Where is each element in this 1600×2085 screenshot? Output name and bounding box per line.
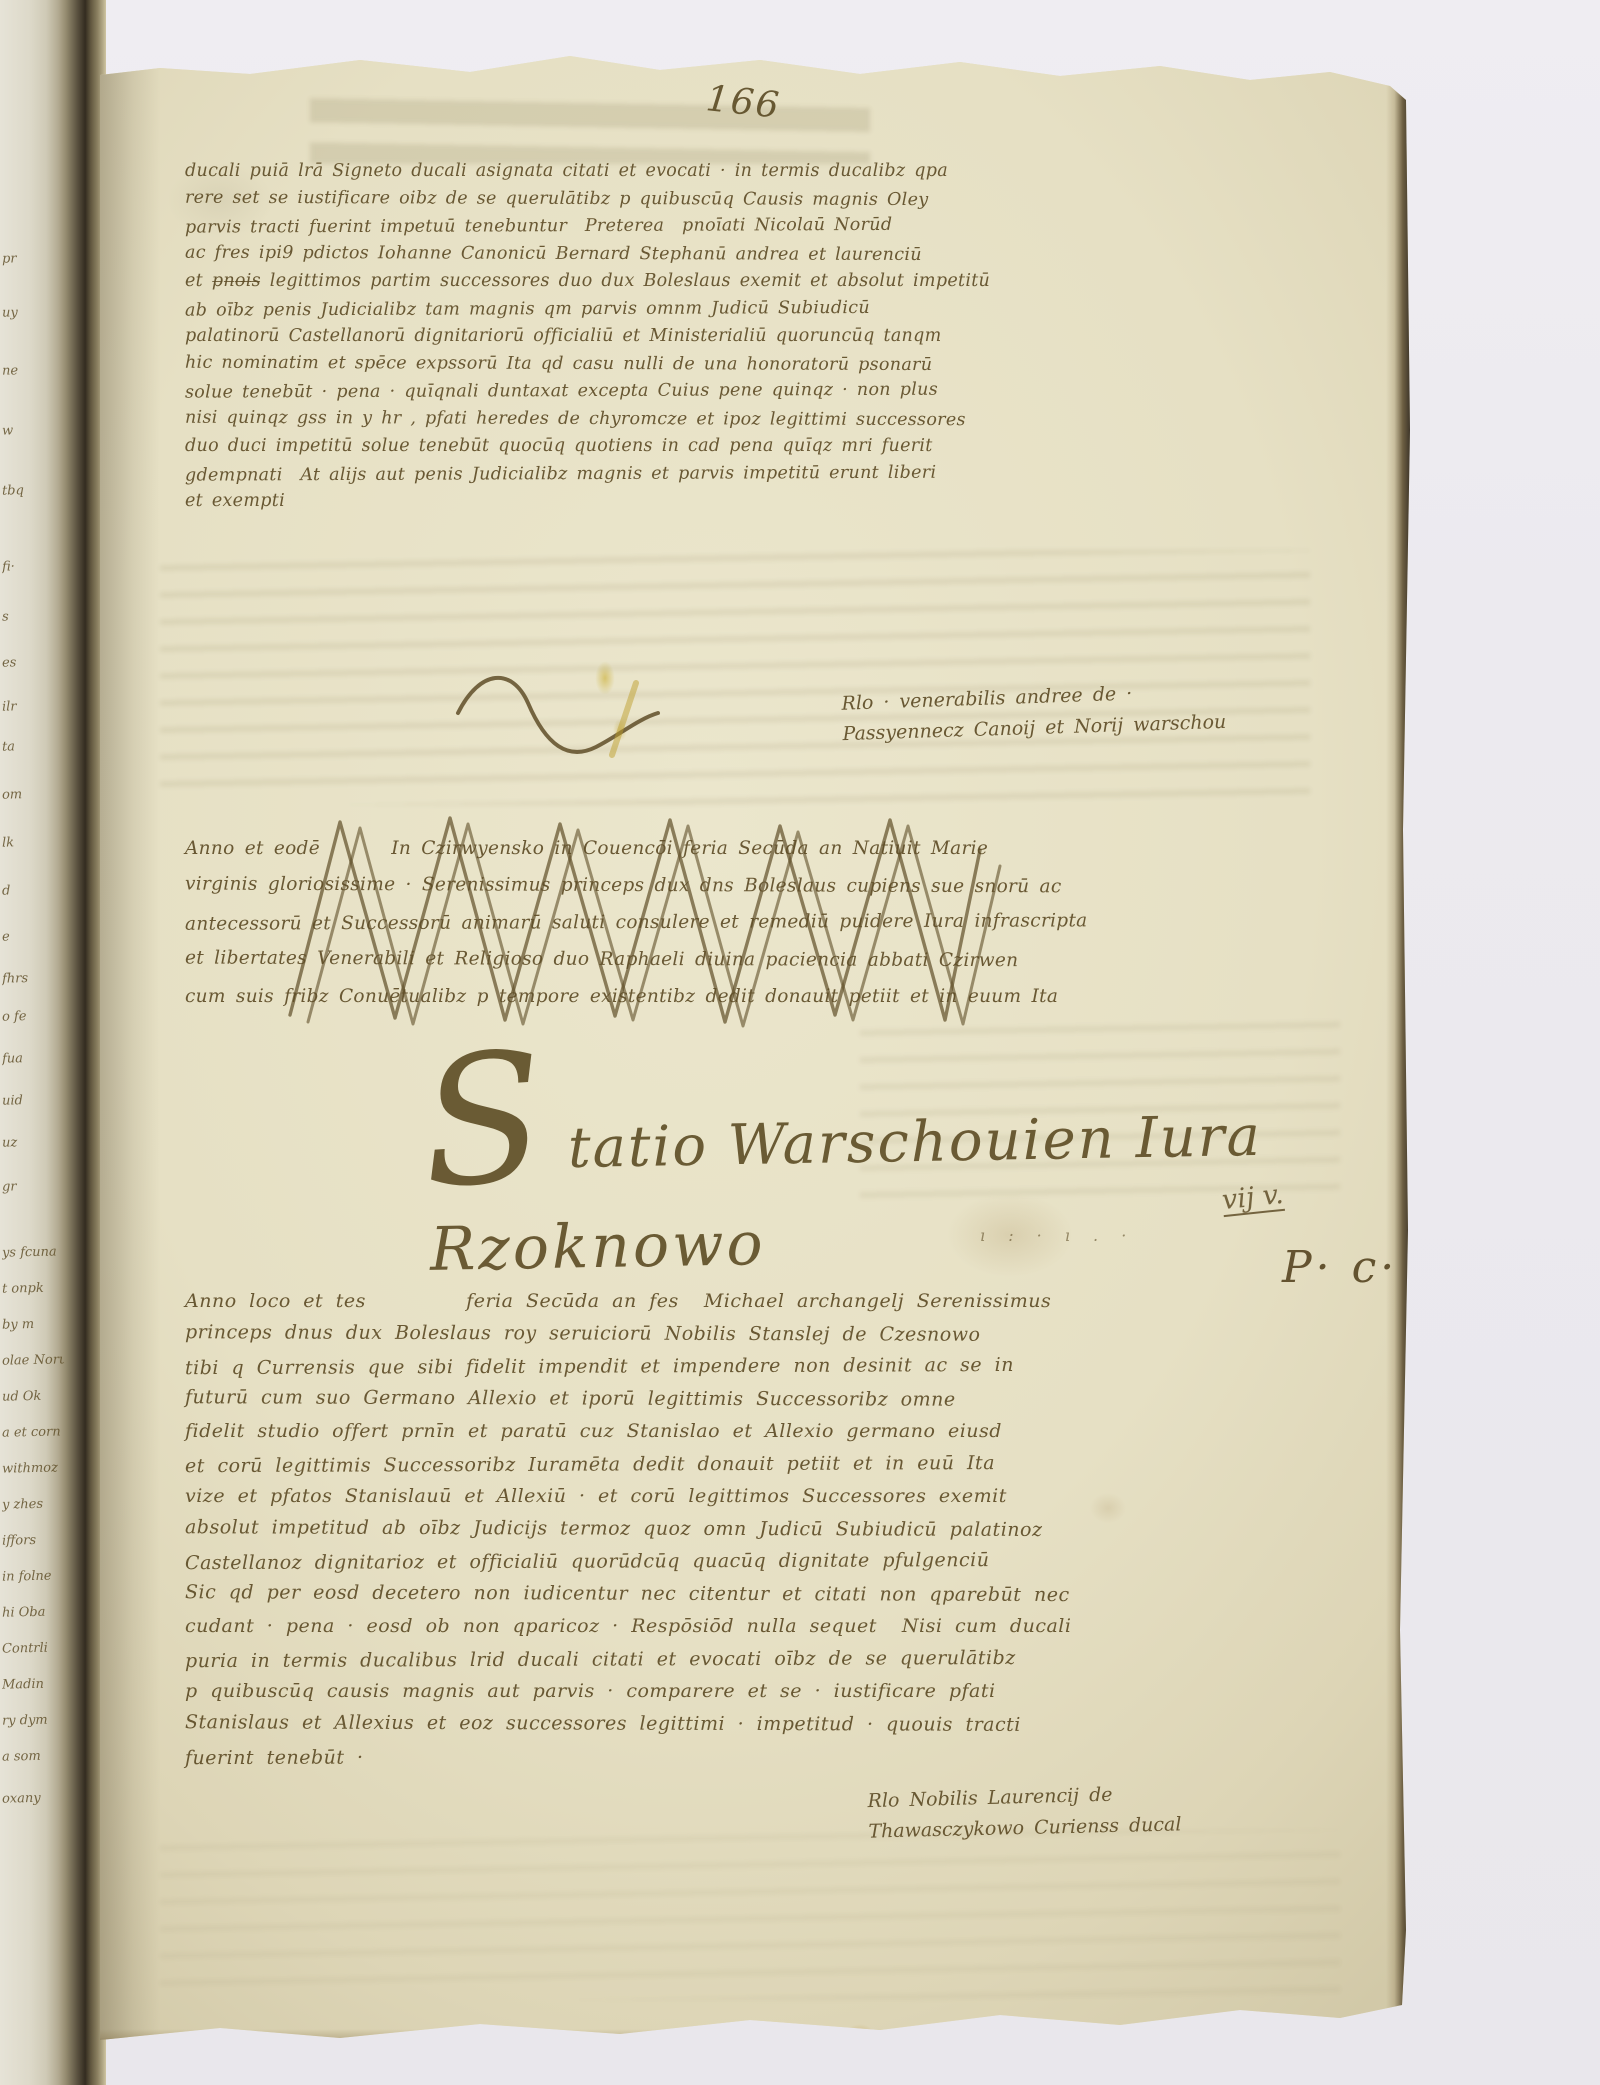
facing-page-text-fragment: ta <box>2 739 64 754</box>
manuscript-text-line: hic nominatim et spēce expssorū Ita qd c… <box>185 349 1015 379</box>
facing-page-text-fragment: ilr <box>2 699 64 714</box>
facing-page-text-fragment: es <box>2 655 64 670</box>
entry-second-text: Anno loco et tes feria Secūda an fes Mic… <box>185 1285 1305 1773</box>
facing-page-text-fragment: Madin <box>2 1677 64 1692</box>
manuscript-text-line: et p̶n̶o̶i̶s̶ legittimos partim successo… <box>185 268 1015 296</box>
manuscript-text-line: puria in termis ducalibus lrid ducali ci… <box>185 1640 1305 1677</box>
page-bottom-edge <box>100 2029 1410 2045</box>
facing-page-text-fragment: iffors <box>2 1533 64 1548</box>
facing-page-edge: pruynewtbqfi·sesilrtaomlkdefhrso fefuaui… <box>0 0 66 2085</box>
manuscript-text-line: Stanislaus et Allexius et eoz successore… <box>185 1706 1305 1742</box>
manuscript-text-line: cudant · pena · eosd ob non qparicoz · R… <box>185 1610 1305 1643</box>
facing-page-text-fragment: ry dym <box>2 1713 64 1728</box>
facing-page-text-fragment: pr <box>2 251 64 266</box>
manuscript-text-line: palatinorū Castellanorū dignitariorū off… <box>185 323 1015 351</box>
ink-dots: ı : · ı . · <box>980 1226 1135 1245</box>
manuscript-text-line: tibi q Currensis que sibi fidelit impend… <box>185 1348 1305 1385</box>
facing-page-text-fragment: om <box>2 787 64 802</box>
facing-page-text-fragment: e <box>2 929 64 944</box>
manuscript-text-line: nisi quinqz gss in y hr , pfati heredes … <box>185 404 1015 434</box>
facing-page-text-fragment: fhrs <box>2 971 64 986</box>
facing-page-text-fragment: fua <box>2 1051 64 1066</box>
folio-number: 166 <box>704 78 783 127</box>
entry-first-relatio: Rlo · venerabilis andree de ·Passyennecz… <box>841 675 1227 750</box>
facing-page-text-fragment: lk <box>2 835 64 850</box>
manuscript-text-line: Anno loco et tes feria Secūda an fes Mic… <box>185 1285 1305 1318</box>
manuscript-text-line: p quibuscūq causis magnis aut parvis · c… <box>185 1675 1305 1708</box>
manuscript-text-line: fuerint tenebūt · <box>185 1738 1305 1775</box>
entry-second-relatio: Rlo Nobilis Laurencij deThawasczykowo Cu… <box>867 1778 1182 1848</box>
facing-page-text-fragment: uid <box>2 1093 64 1108</box>
heading-subtitle: Rzoknowo <box>429 1209 766 1285</box>
facing-page-text-fragment: withmoz <box>2 1461 64 1476</box>
facing-page-text-fragment: s <box>2 609 64 624</box>
gutter-shadow <box>100 30 160 2085</box>
manuscript-page: 166 ducali puiā lrā Signeto ducali asign… <box>100 30 1410 2085</box>
manuscript-text-line: ab oībz penis Judicialibz tam magnis qm … <box>185 294 1015 325</box>
manuscript-text-line: ac fres ipi9 pdictos Iohanne Canonicū Be… <box>185 239 1015 269</box>
facing-page-text-fragment: o fe <box>2 1009 64 1024</box>
facing-page-text-fragment: d <box>2 883 64 898</box>
cancellation-strokes <box>280 810 1020 1040</box>
manuscript-text-line: Castellanoz dignitarioz et officialiū qu… <box>185 1543 1305 1580</box>
manuscript-text-line: absolut impetitud ab oībz Judicijs termo… <box>185 1511 1305 1547</box>
facing-page-text-fragment: Contrli <box>2 1641 64 1656</box>
heading-initial-letter: S <box>416 1028 550 1214</box>
showthrough-heading-ghost <box>310 98 870 164</box>
manuscript-text-line: futurū cum suo Germano Allexio et iporū … <box>185 1381 1305 1417</box>
facing-page-text-fragment: in folne <box>2 1569 64 1584</box>
facing-page-text-fragment: gr <box>2 1179 64 1194</box>
facing-page-text-fragment: y zhes <box>2 1497 64 1512</box>
manuscript-text-line: et corū legittimis Successoribz Iuramēta… <box>185 1445 1305 1482</box>
facing-page-text-fragment: a et corn <box>2 1425 64 1440</box>
manuscript-text-line: et exempti <box>185 488 1015 516</box>
manuscript-text-line: duo duci impetitū solue tenebūt quocūq q… <box>185 433 1015 461</box>
facing-page-text-fragment: w <box>2 423 64 438</box>
facing-page-text-fragment: uz <box>2 1135 64 1150</box>
heading-title: tatio Warschouien Iura <box>567 1104 1262 1181</box>
manuscript-text-line: princeps dnus dux Boleslaus roy seruicio… <box>185 1316 1305 1352</box>
facing-page-text-fragment: olae Noru <box>2 1353 64 1368</box>
facing-page-text-fragment: by m <box>2 1317 64 1332</box>
quire-mark: vij v. <box>1221 1179 1285 1216</box>
manuscript-text-line: ducali puiā lrā Signeto ducali asignata … <box>185 158 1015 186</box>
manuscript-text-line: gdempnati At alijs aut penis Judicialibz… <box>185 459 1015 490</box>
manuscript-text-line: rere set se iustificare oibz de se queru… <box>185 184 1015 214</box>
facing-page-text-fragment: uy <box>2 305 64 320</box>
manuscript-text-line: solue tenebūt · pena · quīqnali duntaxat… <box>185 376 1015 407</box>
pen-flourish <box>450 655 670 775</box>
manuscript-text-line: vize et pfatos Stanislauū et Allexiū · e… <box>185 1480 1305 1513</box>
manuscript-text-line: fidelit studio offert prnīn et paratū cu… <box>185 1415 1305 1448</box>
manuscript-text-line: Thawasczykowo Curienss ducal <box>868 1809 1182 1847</box>
page-right-edge <box>1386 70 1410 2030</box>
facing-page-text-fragment: ne <box>2 363 64 378</box>
manuscript-text-line: Sic qd per eosd decetero non iudicentur … <box>185 1576 1305 1612</box>
facing-page-text-fragment: ys fcuna <box>2 1245 64 1260</box>
manuscript-text-line: parvis tracti fuerint impetuū tenebuntur… <box>185 211 1015 242</box>
facing-page-text-fragment: a som <box>2 1749 64 1764</box>
showthrough-lines-ghost <box>160 1830 1340 2000</box>
entry-first-text: ducali puiā lrā Signeto ducali asignata … <box>185 158 1015 516</box>
facing-page-text-fragment: tbq <box>2 483 64 498</box>
manuscript-photo-root: { "palette":{ "background":"#eceaef", "p… <box>0 0 1600 2085</box>
facing-page-text-fragment: fi· <box>2 559 64 574</box>
facing-page-text-fragment: t onpk <box>2 1281 64 1296</box>
facing-page-text-fragment: hi Oba <box>2 1605 64 1620</box>
facing-page-text-fragment: oxany <box>2 1791 64 1806</box>
facing-page-text-fragment: ud Ok <box>2 1389 64 1404</box>
